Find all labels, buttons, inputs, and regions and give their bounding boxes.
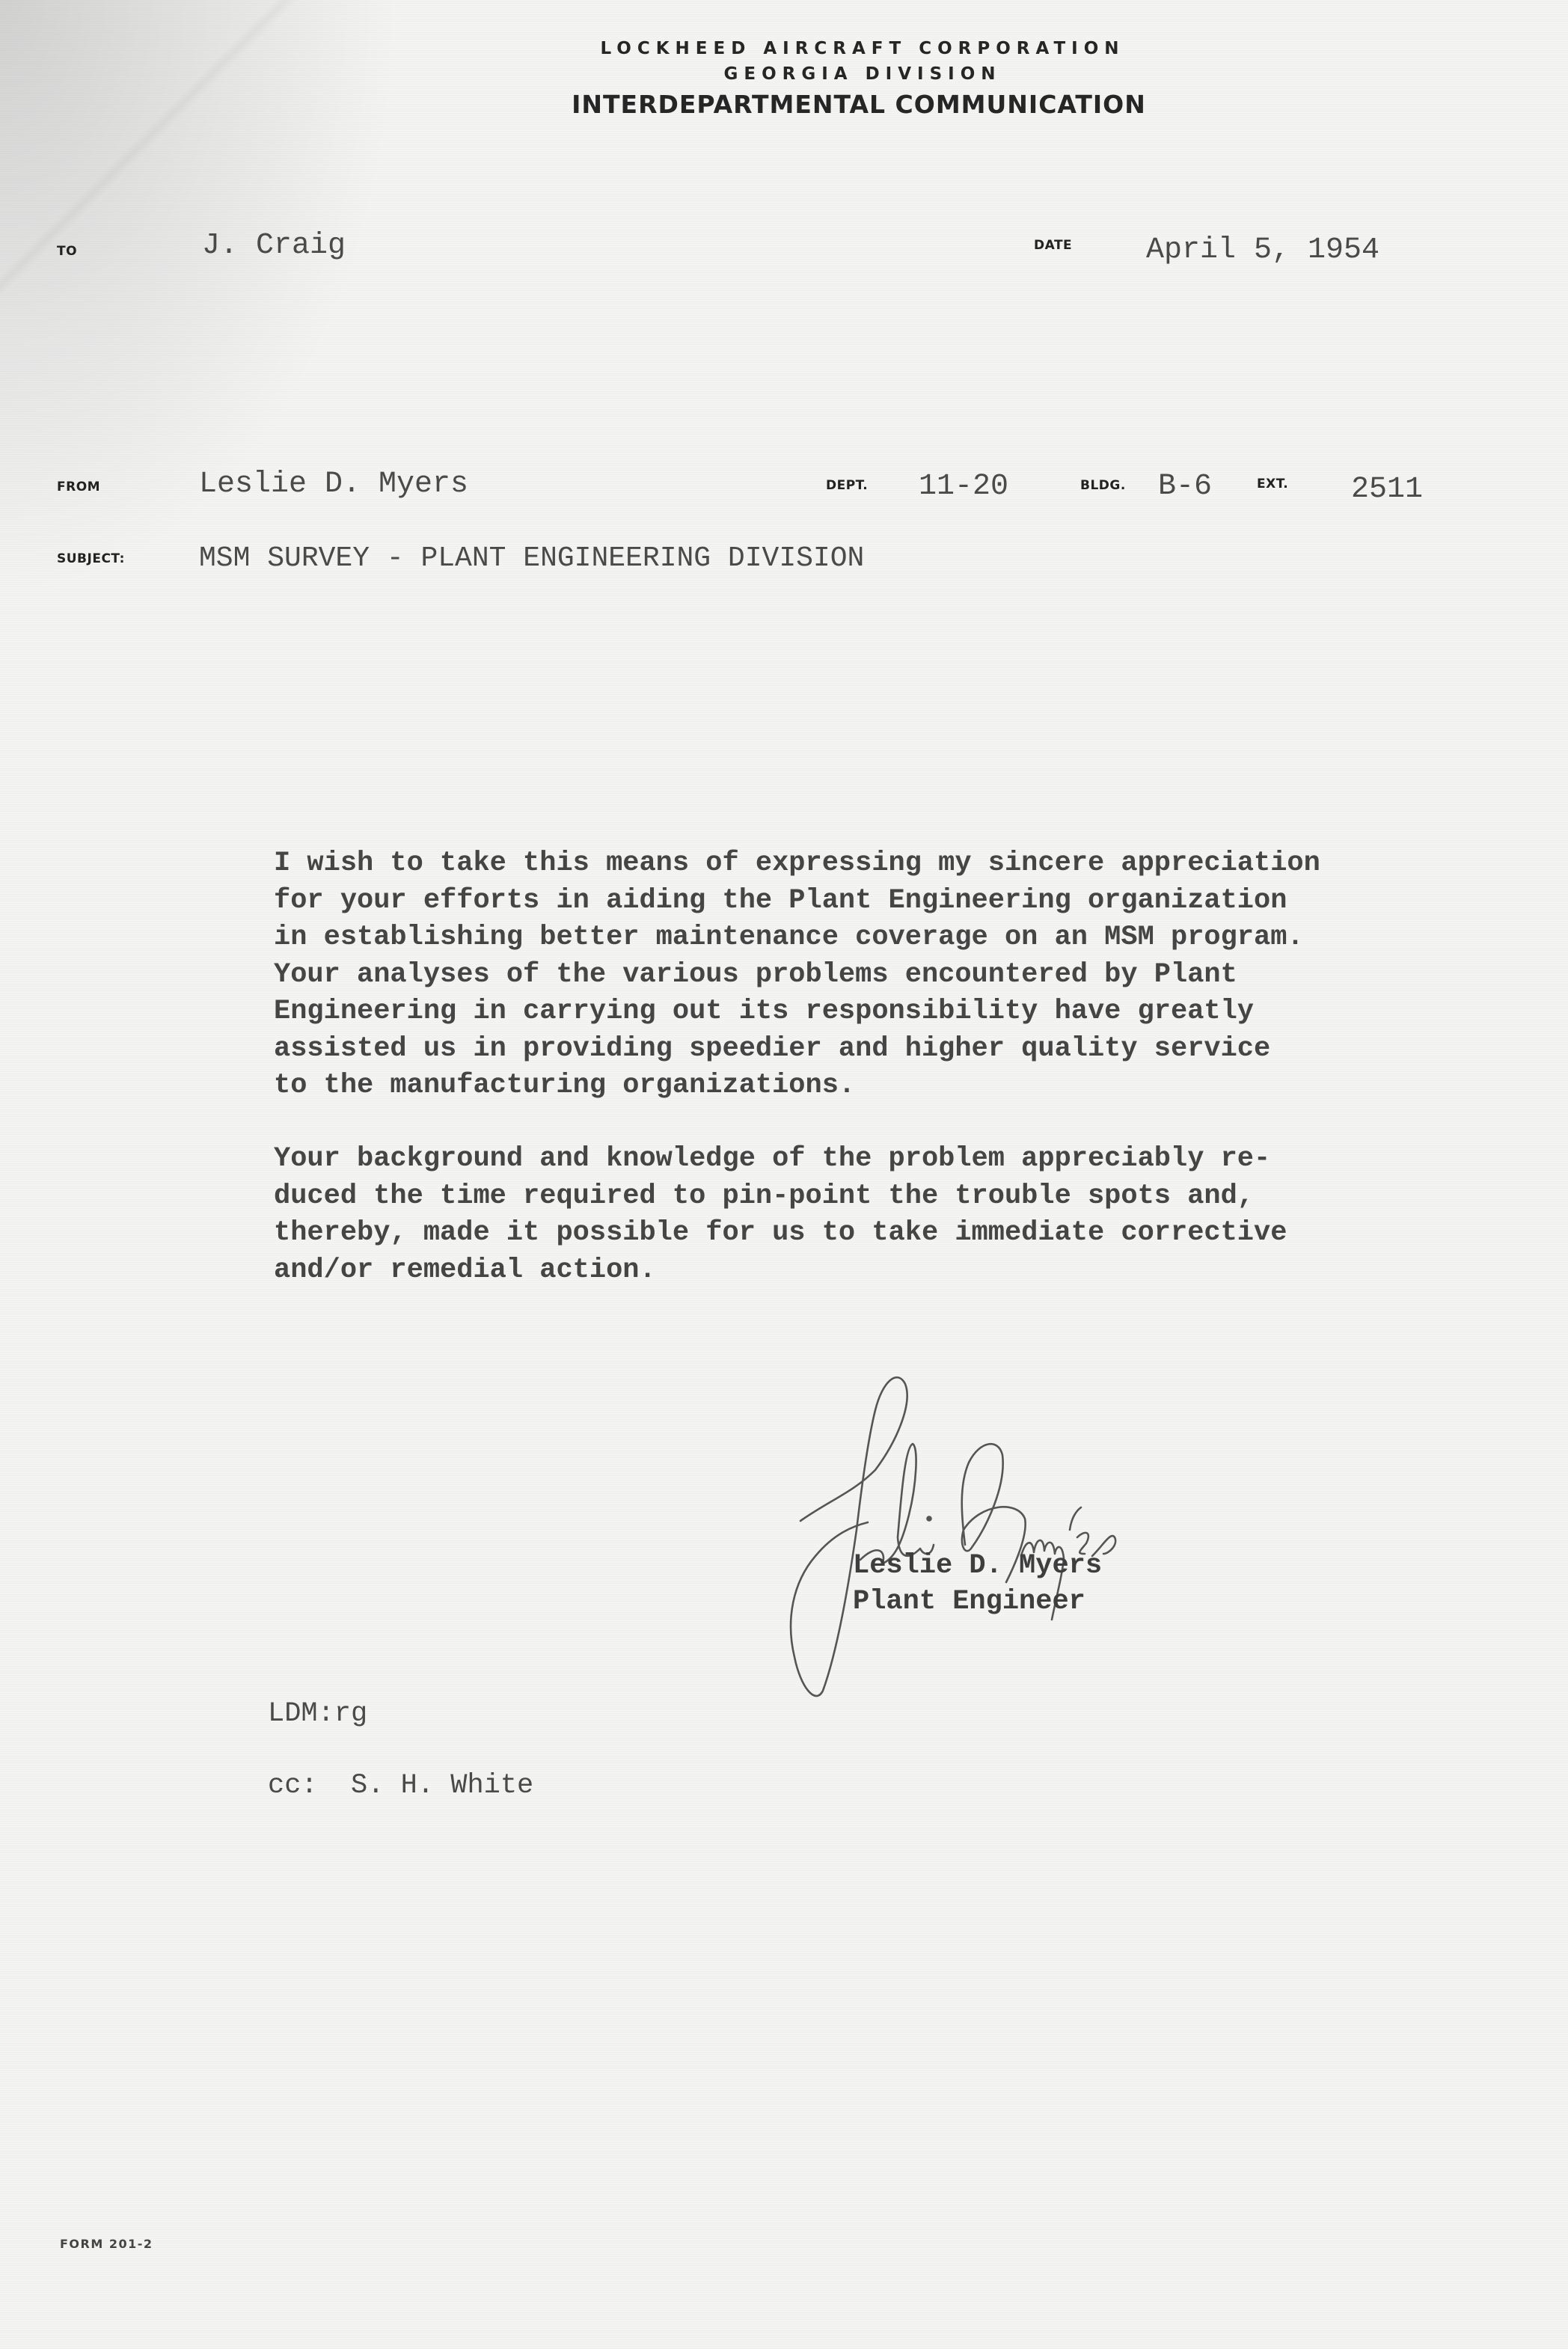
- bldg-value: B-6: [1158, 470, 1212, 503]
- to-label: TO: [57, 244, 77, 259]
- body-paragraph-1: I wish to take this means of expressing …: [274, 845, 1501, 1105]
- handwritten-signature: [763, 1358, 1242, 1709]
- from-label: FROM: [57, 480, 100, 494]
- bldg-label: BLDG.: [1080, 478, 1126, 493]
- subject-value: MSM SURVEY - PLANT ENGINEERING DIVISION: [199, 542, 864, 575]
- form-number: FORM 201-2: [60, 2237, 153, 2251]
- dept-label: DEPT.: [826, 478, 868, 493]
- to-value: J. Craig: [202, 229, 346, 263]
- body-paragraph-2: Your background and knowledge of the pro…: [274, 1141, 1501, 1289]
- date-value: April 5, 1954: [1146, 233, 1379, 267]
- date-label: DATE: [1034, 238, 1072, 253]
- dept-value: 11-20: [919, 470, 1008, 503]
- cc-line: cc: S. H. White: [268, 1770, 533, 1801]
- typist-initials: LDM:rg: [268, 1698, 367, 1730]
- ext-value: 2511: [1351, 473, 1423, 506]
- letterhead-company: LOCKHEED AIRCRAFT CORPORATION: [79, 39, 1568, 58]
- subject-label: SUBJECT:: [57, 551, 125, 566]
- signature-title: Plant Engineer: [853, 1586, 1085, 1617]
- letterhead-title: INTERDEPARTMENTAL COMMUNICATION: [75, 90, 1568, 119]
- from-value: Leslie D. Myers: [199, 468, 468, 501]
- letterhead-division: GEORGIA DIVISION: [79, 64, 1568, 84]
- signature-name: Leslie D. Myers: [853, 1550, 1102, 1581]
- ext-label: EXT.: [1257, 477, 1288, 491]
